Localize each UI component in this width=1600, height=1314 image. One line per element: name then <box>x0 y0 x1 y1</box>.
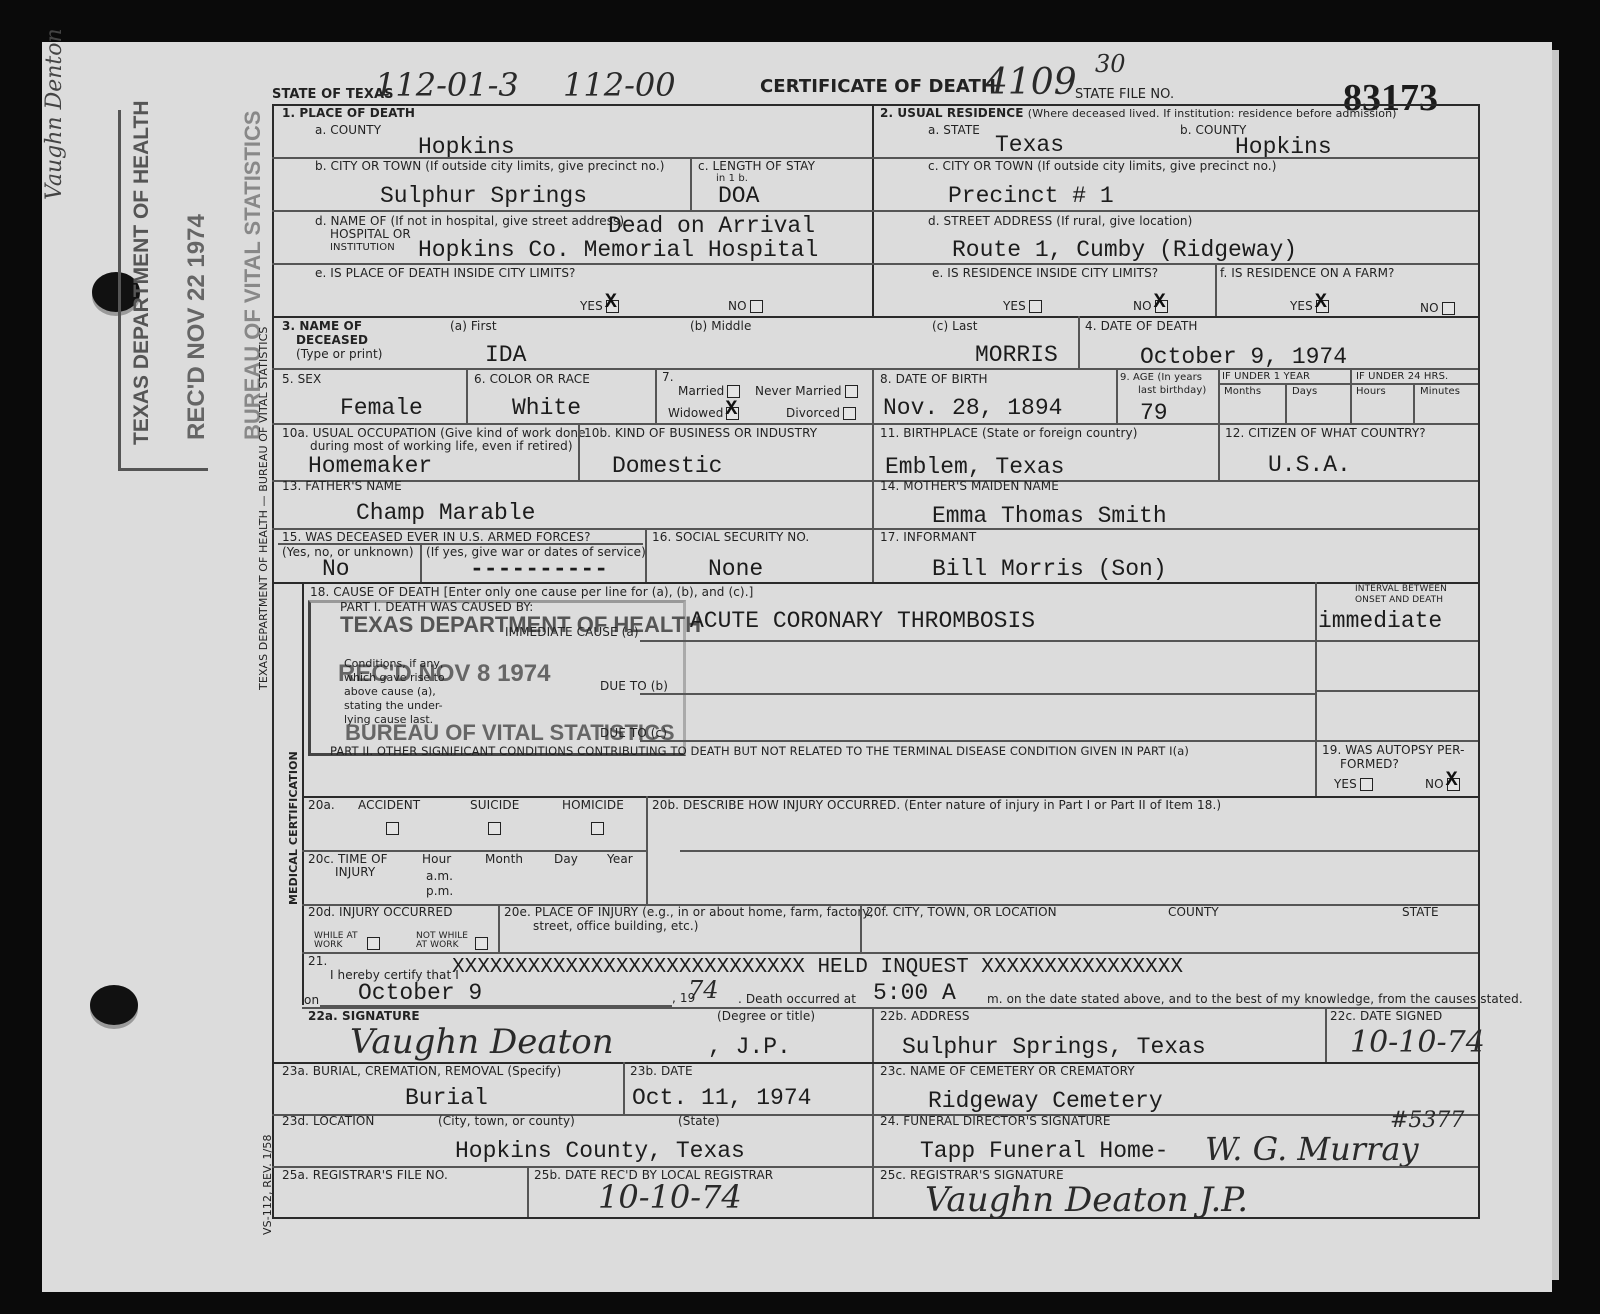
immediate-cause-label: IMMEDIATE CAUSE (a) <box>505 626 639 639</box>
rule <box>623 1062 625 1114</box>
stay-label: c. LENGTH OF STAY <box>698 160 815 173</box>
month-label: Month <box>485 853 523 866</box>
local-registrar-date: 10-10-74 <box>598 1178 742 1216</box>
interval-label: ONSET AND DEATH <box>1355 596 1443 605</box>
rule <box>1350 370 1352 423</box>
cemetery-name: Ridgeway Cemetery <box>928 1088 1163 1114</box>
funeral-home: Tapp Funeral Home- <box>920 1138 1168 1164</box>
industry: Domestic <box>612 453 722 479</box>
margin-received-stamp-line1: TEXAS DEPARTMENT OF HEALTH <box>130 100 154 445</box>
margin-handwritten-name: Vaughn Denton <box>42 28 67 200</box>
not-while-at-work-checkbox[interactable] <box>475 937 488 950</box>
autopsy-yes[interactable]: YES <box>1334 778 1373 791</box>
interval-label: INTERVAL BETWEEN <box>1355 585 1447 594</box>
handwritten-code: 112-01-3 <box>375 66 519 104</box>
farm-no[interactable]: NO <box>1420 302 1455 315</box>
funeral-license-number: #5377 <box>1390 1108 1464 1133</box>
rule <box>640 640 1315 642</box>
county-label: a. COUNTY <box>315 124 381 137</box>
checkbox[interactable] <box>1360 778 1373 791</box>
hospital-label: INSTITUTION <box>330 243 395 254</box>
first-name: IDA <box>485 342 526 368</box>
date-of-death-label: 4. DATE OF DEATH <box>1085 320 1198 333</box>
rule <box>272 104 1480 106</box>
mother-label: 14. MOTHER'S MAIDEN NAME <box>880 480 1059 493</box>
rule <box>646 796 648 904</box>
burial-date-label: 23b. DATE <box>630 1065 693 1078</box>
race-label: 6. COLOR OR RACE <box>474 373 590 386</box>
suicide-checkbox[interactable] <box>488 822 501 835</box>
rule <box>1285 383 1287 423</box>
industry-label: 10b. KIND OF BUSINESS OR INDUSTRY <box>584 427 817 440</box>
mother-name: Emma Thomas Smith <box>932 503 1167 529</box>
certifier-signature: Vaughn Deaton <box>350 1022 614 1062</box>
checkbox-checked[interactable] <box>606 300 619 313</box>
vertical-form-print: TEXAS DEPARTMENT OF HEALTH — BUREAU OF V… <box>258 327 270 690</box>
checkbox[interactable] <box>1442 302 1455 315</box>
date-of-death: October 9, 1974 <box>1140 344 1347 370</box>
rule <box>645 528 647 582</box>
occupation: Homemaker <box>308 453 432 479</box>
citizenship: U.S.A. <box>1268 452 1351 478</box>
margin-stamp-border <box>118 468 208 471</box>
rule <box>272 1217 1480 1219</box>
injury-type-label: 20a. <box>308 799 335 812</box>
certification-statement: m. on the date stated above, and to the … <box>987 993 1523 1006</box>
city-label: c. CITY OR TOWN (If outside city limits,… <box>928 160 1277 173</box>
rule <box>420 543 422 582</box>
location-sublabel: (City, town, or county) <box>438 1115 575 1128</box>
rule <box>578 423 580 480</box>
date-signed: 10-10-74 <box>1350 1025 1485 1060</box>
residence-inside-city-yes[interactable]: YES <box>1003 300 1042 313</box>
injury-city-label: 20f. CITY, TOWN, OR LOCATION <box>866 906 1057 919</box>
rule <box>640 693 1315 695</box>
handwritten-code: 4109 <box>985 62 1077 103</box>
burial-date: Oct. 11, 1974 <box>632 1085 811 1111</box>
not-while-at-work[interactable]: NOT WHILEAT WORK <box>416 932 468 951</box>
rule <box>272 210 872 212</box>
binder-hole <box>90 985 138 1025</box>
father-name: Champ Marable <box>356 500 535 526</box>
months-label: Months <box>1224 387 1261 398</box>
while-at-work[interactable]: WHILE ATWORK <box>314 932 358 951</box>
death-city: Sulphur Springs <box>380 183 587 209</box>
medical-certification-label: MEDICAL CERTIFICATION <box>288 751 300 905</box>
suicide-label: SUICIDE <box>470 799 519 812</box>
handwritten-code: 112-00 <box>563 66 676 104</box>
hospital-name-line1: Dead on Arrival <box>608 213 815 239</box>
checkbox-checked[interactable] <box>1316 300 1329 313</box>
certifier-address: Sulphur Springs, Texas <box>902 1034 1206 1060</box>
accident-label: ACCIDENT <box>358 799 420 812</box>
rule <box>690 157 692 210</box>
under-one-year-label: IF UNDER 1 YEAR <box>1222 372 1310 383</box>
checkbox[interactable] <box>843 407 856 420</box>
last-name-label: (c) Last <box>932 320 978 333</box>
first-name-label: (a) First <box>450 320 497 333</box>
certifier-title: , J.P. <box>708 1034 791 1060</box>
date-signed-label: 22c. DATE SIGNED <box>1330 1010 1442 1023</box>
conditions-note: Conditions, if any, which gave rise to a… <box>344 657 445 727</box>
birthplace-label: 11. BIRTHPLACE (State or foreign country… <box>880 427 1137 440</box>
residence-state: Texas <box>995 132 1064 158</box>
father-label: 13. FATHER'S NAME <box>282 480 402 493</box>
rule <box>1325 1007 1327 1062</box>
city-label: b. CITY OR TOWN (If outside city limits,… <box>315 160 665 173</box>
registrar-signature: Vaughn Deaton J.P. <box>925 1180 1248 1220</box>
injury-occurred-label: 20d. INJURY OCCURRED <box>308 906 453 919</box>
residence-inside-city-question: e. IS RESIDENCE INSIDE CITY LIMITS? <box>932 267 1158 280</box>
minutes-label: Minutes <box>1420 387 1460 398</box>
armed-forces-label: 15. WAS DECEASED EVER IN U.S. ARMED FORC… <box>282 531 591 544</box>
length-of-stay: DOA <box>718 183 759 209</box>
last-name: MORRIS <box>975 342 1058 368</box>
rule <box>466 368 468 423</box>
checkbox[interactable] <box>727 385 740 398</box>
rule <box>1315 640 1478 642</box>
hours-label: Hours <box>1356 387 1386 398</box>
residence-street: Route 1, Cumby (Ridgeway) <box>952 237 1297 263</box>
autopsy-no[interactable]: NO <box>1425 778 1460 791</box>
injury-county-label: COUNTY <box>1168 906 1219 919</box>
inside-city-question: e. IS PLACE OF DEATH INSIDE CITY LIMITS? <box>315 267 576 280</box>
rule <box>272 316 1478 318</box>
name-label: 3. NAME OF <box>282 320 362 333</box>
certification-number: 21. <box>308 955 327 968</box>
marital-label: 7. <box>662 371 674 384</box>
rule <box>1413 383 1415 423</box>
autopsy-label: FORMED? <box>1340 758 1399 771</box>
armed-forces: No <box>322 556 350 582</box>
time-of-death: 5:00 A <box>873 980 956 1006</box>
typed-inquest-statement: XXXXXXXXXXXXXXXXXXXXXXXXXXXX HELD INQUES… <box>452 956 1183 979</box>
marital-divorced[interactable]: Divorced <box>786 407 856 420</box>
rule <box>640 740 1315 742</box>
hospital-name-line2: Hopkins Co. Memorial Hospital <box>418 237 818 263</box>
certification-year: 74 <box>688 976 719 1004</box>
checkbox[interactable] <box>845 385 858 398</box>
day-label: Day <box>554 853 578 866</box>
rule <box>272 423 1478 425</box>
dob-label: 8. DATE OF BIRTH <box>880 373 988 386</box>
place-of-injury-label: 20e. PLACE OF INJURY (e.g., in or about … <box>504 906 874 919</box>
cause-of-death-label: 18. CAUSE OF DEATH [Enter only one cause… <box>310 586 753 599</box>
rule <box>860 904 862 952</box>
rule <box>302 582 304 1005</box>
death-occurred-at-label: . Death occurred at <box>738 993 856 1006</box>
registrar-file-label: 25a. REGISTRAR'S FILE NO. <box>282 1169 448 1182</box>
age-label: 9. AGE (In years <box>1120 373 1202 384</box>
state-label: a. STATE <box>928 124 980 137</box>
rule <box>872 1007 874 1217</box>
informant-label: 17. INFORMANT <box>880 531 976 544</box>
burial-location: Hopkins County, Texas <box>455 1138 745 1164</box>
address-label: 22b. ADDRESS <box>880 1010 970 1023</box>
due-to-c-label: DUE TO (c) <box>600 727 667 740</box>
name-label: DECEASED <box>296 334 368 347</box>
immediate-cause: ACUTE CORONARY THROMBOSIS <box>690 608 1035 634</box>
rule <box>272 104 274 1218</box>
injury-state-label: STATE <box>1402 906 1439 919</box>
ssn-label: 16. SOCIAL SECURITY NO. <box>652 531 809 544</box>
rule <box>1315 740 1478 742</box>
rule <box>872 263 1478 265</box>
rule <box>527 1166 529 1217</box>
middle-name-label: (b) Middle <box>690 320 751 333</box>
race: White <box>512 395 581 421</box>
rule <box>272 263 872 265</box>
autopsy-label: 19. WAS AUTOPSY PER- <box>1322 744 1465 757</box>
rule <box>680 850 1478 852</box>
occupation-label: during most of working life, even if ret… <box>310 440 573 453</box>
onset-interval: immediate <box>1318 608 1442 634</box>
am-label: a.m. <box>426 870 453 883</box>
death-inside-city-no[interactable]: NO <box>728 300 763 313</box>
rule <box>1315 582 1317 796</box>
disposition-method: Burial <box>405 1085 488 1111</box>
homicide-checkbox[interactable] <box>591 822 604 835</box>
street-label: d. STREET ADDRESS (If rural, give locati… <box>928 215 1192 228</box>
rule <box>655 368 657 423</box>
marital-widowed[interactable]: Widowed <box>668 407 739 420</box>
disposition-label: 23a. BURIAL, CREMATION, REMOVAL (Specify… <box>282 1065 561 1078</box>
hospital-label: d. NAME OF (If not in hospital, give str… <box>315 215 624 228</box>
while-at-work-checkbox[interactable] <box>367 937 380 950</box>
time-of-injury-label: INJURY <box>335 866 375 879</box>
certification-date: October 9 <box>358 980 482 1006</box>
rule <box>272 368 1478 370</box>
due-to-b-label: DUE TO (b) <box>600 680 668 693</box>
part-two-label: PART II. OTHER SIGNIFICANT CONDITIONS CO… <box>330 745 1189 757</box>
rule <box>1315 690 1478 692</box>
rule <box>272 1166 1478 1168</box>
homicide-label: HOMICIDE <box>562 799 624 812</box>
margin-stamp-border <box>118 110 121 470</box>
rule <box>872 210 1478 212</box>
pm-label: p.m. <box>426 885 453 898</box>
certificate-title: CERTIFICATE OF DEATH <box>760 78 996 97</box>
place-of-injury-label: street, office building, etc.) <box>533 920 699 933</box>
residence-inside-city-no[interactable]: NO <box>1133 300 1168 313</box>
farm-yes[interactable]: YES <box>1290 300 1329 313</box>
signature-label: 22a. SIGNATURE <box>308 1010 420 1023</box>
checkbox[interactable] <box>750 300 763 313</box>
marital-married[interactable]: Married <box>678 385 740 398</box>
residence-city: Precinct # 1 <box>948 183 1114 209</box>
funeral-director-label: 24. FUNERAL DIRECTOR'S SIGNATURE <box>880 1115 1111 1128</box>
checkbox-checked[interactable] <box>1155 300 1168 313</box>
checkbox-checked[interactable] <box>1447 778 1460 791</box>
checkbox[interactable] <box>1029 300 1042 313</box>
degree-label: (Degree or title) <box>717 1010 815 1023</box>
funeral-director-signature: W. G. Murray <box>1205 1130 1419 1168</box>
informant: Bill Morris (Son) <box>932 556 1167 582</box>
time-of-injury-label: 20c. TIME OF <box>308 853 388 866</box>
hospital-label: HOSPITAL OR <box>330 228 411 241</box>
days-label: Days <box>1292 387 1317 398</box>
state-file-label: STATE FILE NO. <box>1075 88 1174 102</box>
describe-injury-label: 20b. DESCRIBE HOW INJURY OCCURRED. (Ente… <box>652 799 1221 812</box>
location-sublabel: (State) <box>678 1115 720 1128</box>
location-label: 23d. LOCATION <box>282 1115 374 1128</box>
rule <box>272 480 1478 482</box>
citizen-label: 12. CITIZEN OF WHAT COUNTRY? <box>1225 427 1426 440</box>
farm-question: f. IS RESIDENCE ON A FARM? <box>1220 267 1395 280</box>
margin-received-stamp-date: REC'D NOV 22 1974 <box>183 214 211 440</box>
social-security-number: None <box>708 556 763 582</box>
service-dates: ---------- <box>470 556 608 582</box>
rule <box>302 952 1478 954</box>
death-inside-city-yes[interactable]: YES <box>580 300 619 313</box>
sex-label: 5. SEX <box>282 373 321 386</box>
under-24-hours-label: IF UNDER 24 HRS. <box>1356 372 1448 383</box>
rule <box>1078 316 1080 368</box>
checkbox-checked[interactable] <box>726 407 739 420</box>
birthplace: Emblem, Texas <box>885 454 1064 480</box>
marital-never-married[interactable]: Never Married <box>755 385 858 398</box>
rule <box>1116 368 1118 423</box>
rule <box>872 480 874 582</box>
sex: Female <box>340 395 423 421</box>
cemetery-label: 23c. NAME OF CEMETERY OR CREMATORY <box>880 1065 1135 1078</box>
year-label: Year <box>607 853 633 866</box>
hour-label: Hour <box>422 853 451 866</box>
name-label: (Type or print) <box>296 348 383 361</box>
rule <box>272 582 1478 584</box>
usual-residence-label: 2. USUAL RESIDENCE (Where deceased lived… <box>880 107 1397 120</box>
handwritten-code: 30 <box>1095 50 1126 78</box>
rule <box>1215 263 1217 316</box>
rule <box>1218 383 1478 385</box>
accident-checkbox[interactable] <box>386 822 399 835</box>
age-label: last birthday) <box>1138 386 1206 397</box>
occupation-label: 10a. USUAL OCCUPATION (Give kind of work… <box>282 427 586 440</box>
date-of-birth: Nov. 28, 1894 <box>883 395 1062 421</box>
rule <box>498 904 500 952</box>
place-of-death-label: 1. PLACE OF DEATH <box>282 107 415 120</box>
on-label: on <box>304 994 319 1007</box>
